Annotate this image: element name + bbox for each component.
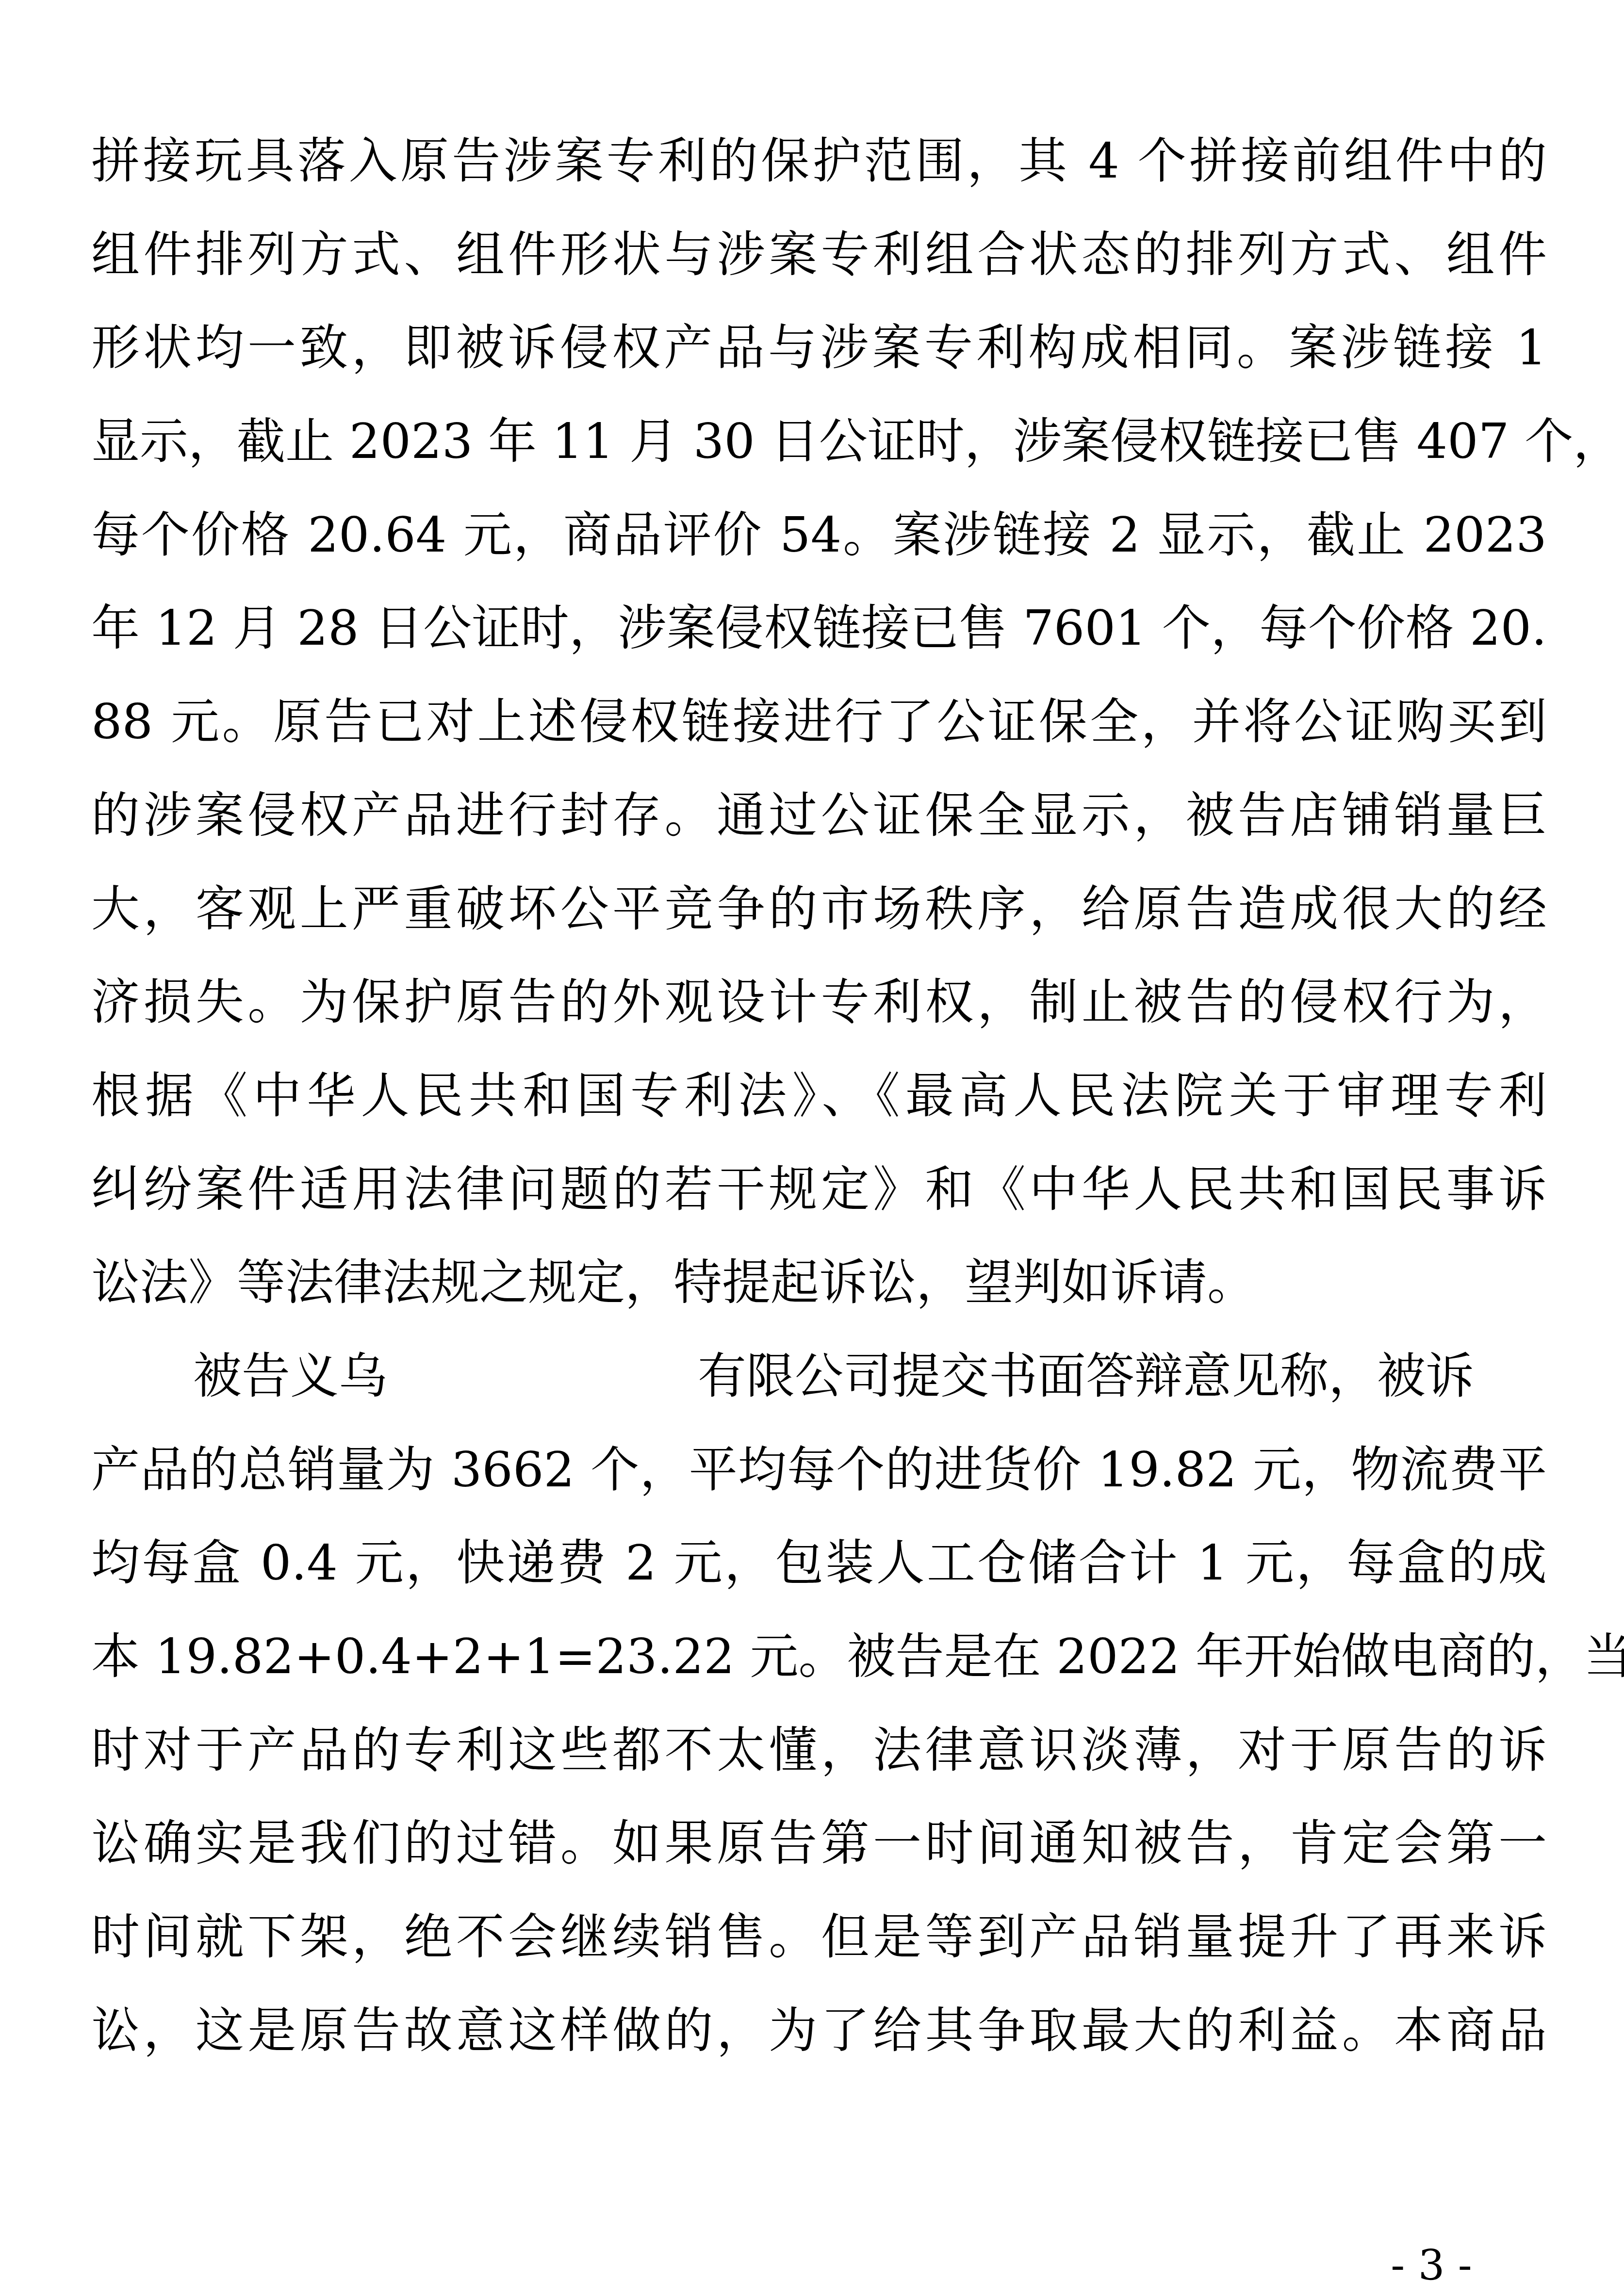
text-line: 88 元。原告已对上述侵权链接进行了公证保全，并将公证购买到 [91,675,1547,769]
text-line: 时间就下架，绝不会继续销售。但是等到产品销量提升了再来诉 [91,1890,1547,1984]
text-line: 大，客观上严重破坏公平竞争的市场秩序，给原告造成很大的经 [91,863,1547,956]
text-line: 产品的总销量为 3662 个，平均每个的进货价 19.82 元，物流费平 [91,1423,1547,1517]
text-line: 讼，这是原告故意这样做的，为了给其争取最大的利益。本商品 [91,1984,1547,2078]
text-line: 纠纷案件适用法律问题的若干规定》和《中华人民共和国民事诉 [91,1143,1547,1237]
text-line: 讼法》等法律法规之规定，特提起诉讼，望判如诉请。 [91,1236,1547,1330]
redacted-company-name [387,1392,698,1393]
text-line: 拼接玩具落入原告涉案专利的保护范围，其 4 个拼接前组件中的 [91,114,1547,208]
paragraph-first-line: 被告义乌有限公司提交书面答辩意见称，被诉 [91,1330,1547,1423]
text-line: 每个价格 20.64 元，商品评价 54。案涉链接 2 显示，截止 2023 [91,489,1547,582]
text-line: 讼确实是我们的过错。如果原告第一时间通知被告，肯定会第一 [91,1797,1547,1890]
text-line: 年 12 月 28 日公证时，涉案侵权链接已售 7601 个，每个价格 20. [91,582,1547,675]
text-line: 时对于产品的专利这些都不太懂，法律意识淡薄，对于原告的诉 [91,1704,1547,1797]
text-line: 形状均一致，即被诉侵权产品与涉案专利构成相同。案涉链接 1 [91,301,1547,395]
page-number: - 3 - [1368,2239,1494,2292]
text-segment: 有限公司提交书面答辩意见称，被诉 [698,1348,1474,1404]
document-page: 拼接玩具落入原告涉案专利的保护范围，其 4 个拼接前组件中的 组件排列方式、组件… [0,0,1624,2296]
text-line: 显示，截止 2023 年 11 月 30 日公证时，涉案侵权链接已售 407 个… [91,395,1547,489]
text-line: 均每盒 0.4 元，快递费 2 元，包装人工仓储合计 1 元，每盒的成 [91,1516,1547,1610]
text-line: 济损失。为保护原告的外观设计专利权，制止被告的侵权行为， [91,956,1547,1049]
text-line: 本 19.82+0.4+2+1=23.22 元。被告是在 2022 年开始做电商… [91,1610,1547,1704]
text-line: 组件排列方式、组件形状与涉案专利组合状态的排列方式、组件 [91,208,1547,302]
text-line: 根据《中华人民共和国专利法》、《最高人民法院关于审理专利 [91,1049,1547,1143]
text-line: 的涉案侵权产品进行封存。通过公证保全显示，被告店铺销量巨 [91,769,1547,863]
text-segment: 被告义乌 [193,1348,387,1404]
body-text: 拼接玩具落入原告涉案专利的保护范围，其 4 个拼接前组件中的 组件排列方式、组件… [91,114,1547,2077]
